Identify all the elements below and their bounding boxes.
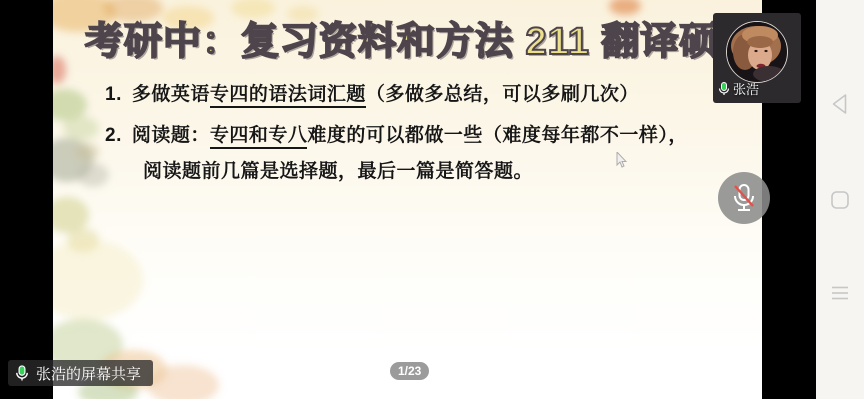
participant-name: 张浩 xyxy=(733,79,759,98)
bullet-1-underlined: 专四的语法词汇题 xyxy=(210,84,366,108)
mic-active-icon xyxy=(718,82,730,96)
android-navbar xyxy=(816,0,864,399)
self-mute-button[interactable] xyxy=(718,172,770,224)
screen-share-label-text: 张浩的屏幕共享 xyxy=(36,363,141,384)
mic-active-icon xyxy=(15,365,29,382)
bullet-2-text: 阅读题： xyxy=(132,125,210,146)
bullet-2: 2.阅读题：专四和专八难度的可以都做一些（难度每年都不一样）， xyxy=(105,120,688,147)
nav-home-button[interactable] xyxy=(816,180,864,220)
bullet-2-line-2: 阅读题前几篇是选择题，最后一篇是简答题。 xyxy=(143,156,533,183)
home-icon xyxy=(830,190,850,210)
participant-name-row: 张浩 xyxy=(718,79,759,98)
screen-share-viewport: 考研中：复习资料和方法 211 翻译硕士英语 1.多做英语专四的语法词汇题（多做… xyxy=(0,0,816,399)
meeting-screen: 考研中：复习资料和方法 211 翻译硕士英语 1.多做英语专四的语法词汇题（多做… xyxy=(0,0,864,399)
presentation-slide: 考研中：复习资料和方法 211 翻译硕士英语 1.多做英语专四的语法词汇题（多做… xyxy=(53,0,762,399)
back-icon xyxy=(830,93,850,115)
participant-video-tile[interactable]: 张浩 xyxy=(713,13,801,103)
slide-title: 考研中：复习资料和方法 211 翻译硕士英语 xyxy=(85,10,762,65)
nav-back-button[interactable] xyxy=(816,84,864,124)
bullet-1-text-post: （多做多总结，可以多刷几次） xyxy=(366,84,639,105)
recents-icon xyxy=(830,285,850,301)
bullet-2-underlined: 专四和专八 xyxy=(210,125,308,149)
bullet-1-number: 1. xyxy=(105,84,122,105)
bullet-2-number: 2. xyxy=(105,125,122,146)
participant-avatar xyxy=(726,21,788,83)
bullet-1: 1.多做英语专四的语法词汇题（多做多总结，可以多刷几次） xyxy=(105,79,639,106)
screen-share-label: 张浩的屏幕共享 xyxy=(8,360,153,386)
mic-muted-icon xyxy=(731,183,757,213)
bullet-1-text: 多做英语 xyxy=(132,84,210,105)
nav-recents-button[interactable] xyxy=(816,273,864,313)
mouse-cursor-icon xyxy=(616,152,627,168)
page-indicator: 1/23 xyxy=(390,362,429,380)
bullet-2-text-post: 难度的可以都做一些（难度每年都不一样）， xyxy=(307,125,688,146)
